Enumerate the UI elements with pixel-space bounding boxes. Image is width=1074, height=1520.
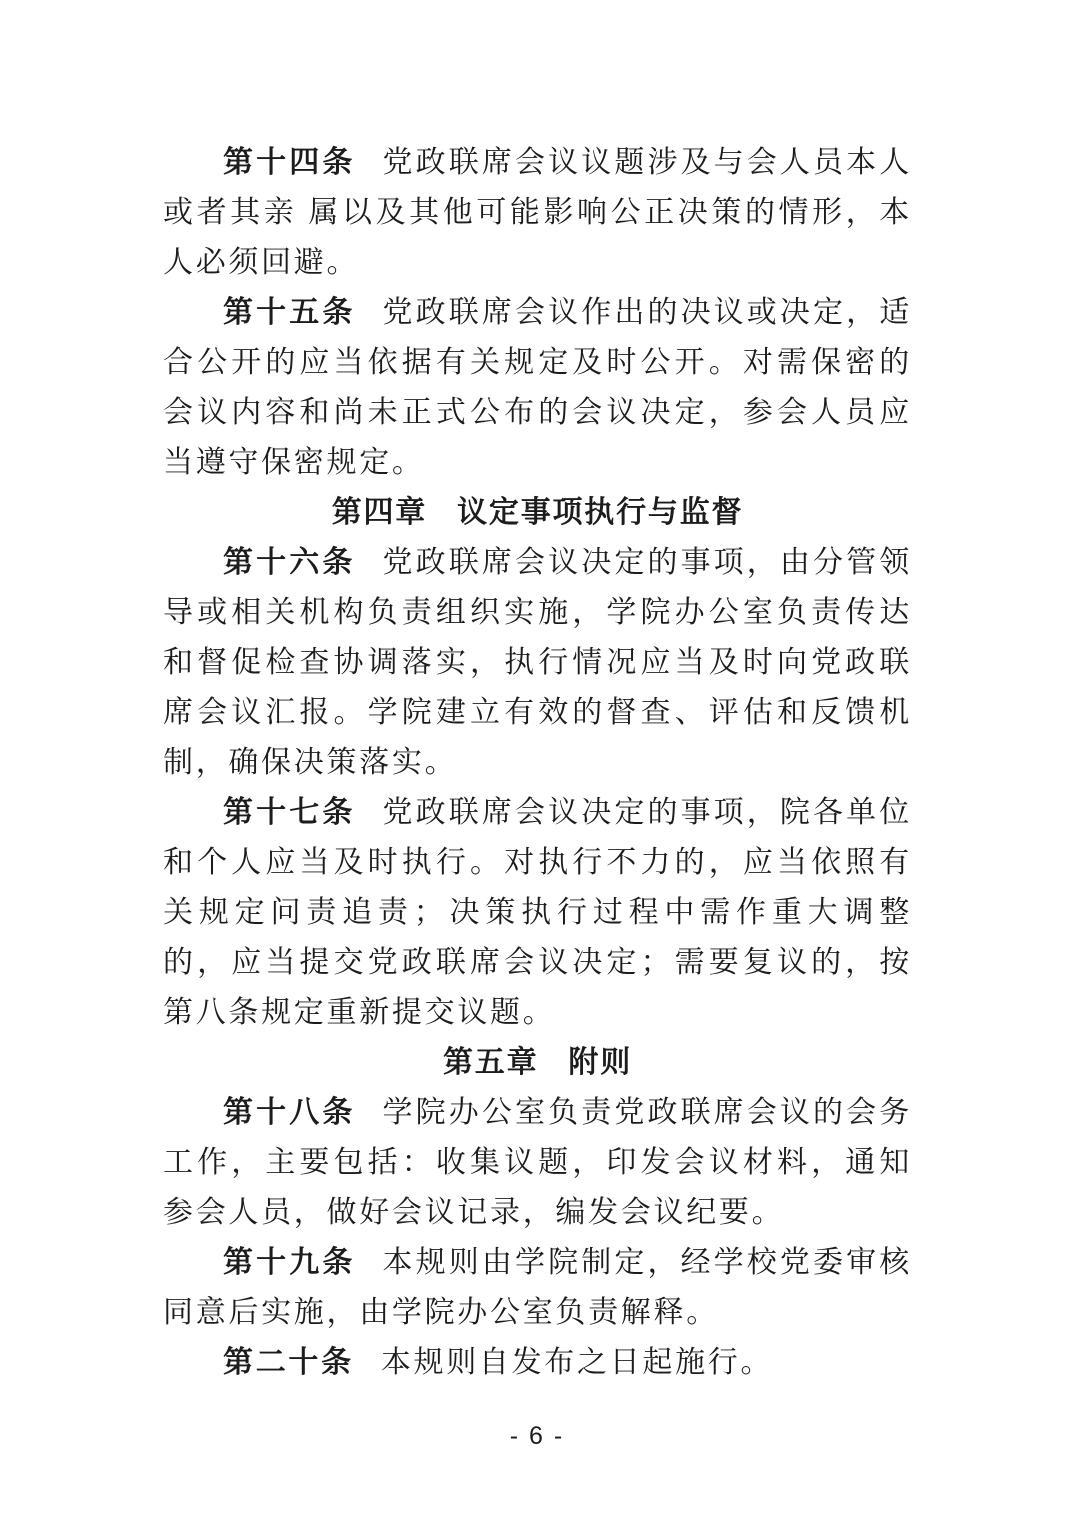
article-number: 第十六条 (223, 546, 355, 579)
article-number: 第二十条 (223, 1346, 354, 1379)
article-paragraph-17: 第十七条党政联席会议决定的事项，院各单位和个人应当及时执行。对执行不力的，应当依… (163, 788, 912, 1038)
article-paragraph-16: 第十六条党政联席会议决定的事项，由分管领导或相关机构负责组织实施，学院办公室负责… (163, 538, 912, 788)
article-paragraph-14: 第十四条党政联席会议议题涉及与会人员本人或者其亲 属以及其他可能影响公正决策的情… (163, 138, 912, 288)
chapter-number: 第四章 (332, 496, 427, 529)
chapter-number: 第五章 (443, 1046, 538, 1079)
chapter-title: 附则 (568, 1046, 632, 1079)
article-number: 第十九条 (223, 1246, 355, 1279)
article-number: 第十五条 (223, 296, 355, 329)
document-content: 第十四条党政联席会议议题涉及与会人员本人或者其亲 属以及其他可能影响公正决策的情… (163, 138, 912, 1388)
chapter-title: 议定事项执行与监督 (457, 496, 743, 529)
document-page: 第十四条党政联席会议议题涉及与会人员本人或者其亲 属以及其他可能影响公正决策的情… (0, 0, 1074, 1520)
article-paragraph-19: 第十九条本规则由学院制定，经学校党委审核同意后实施，由学院办公室负责解释。 (163, 1238, 912, 1338)
article-paragraph-15: 第十五条党政联席会议作出的决议或决定，适合公开的应当依据有关规定及时公开。对需保… (163, 288, 912, 488)
page-number: - 6 - (510, 1422, 564, 1450)
article-number: 第十七条 (223, 796, 355, 829)
chapter-heading-4: 第四章议定事项执行与监督 (163, 488, 912, 538)
article-text: 党政联席会议决定的事项，院各单位和个人应当及时执行。对执行不力的，应当依照有关规… (163, 796, 912, 1029)
chapter-heading-5: 第五章附则 (163, 1038, 912, 1088)
article-text: 本规则自发布之日起施行。 (381, 1346, 773, 1379)
article-text: 党政联席会议决定的事项，由分管领导或相关机构负责组织实施，学院办公室负责传达和督… (163, 546, 912, 779)
article-number: 第十四条 (223, 146, 355, 179)
article-number: 第十八条 (223, 1096, 355, 1129)
article-paragraph-20: 第二十条本规则自发布之日起施行。 (163, 1338, 912, 1388)
page-footer: - 6 - (0, 1422, 1074, 1451)
article-paragraph-18: 第十八条学院办公室负责党政联席会议的会务工作，主要包括：收集议题，印发会议材料，… (163, 1088, 912, 1238)
